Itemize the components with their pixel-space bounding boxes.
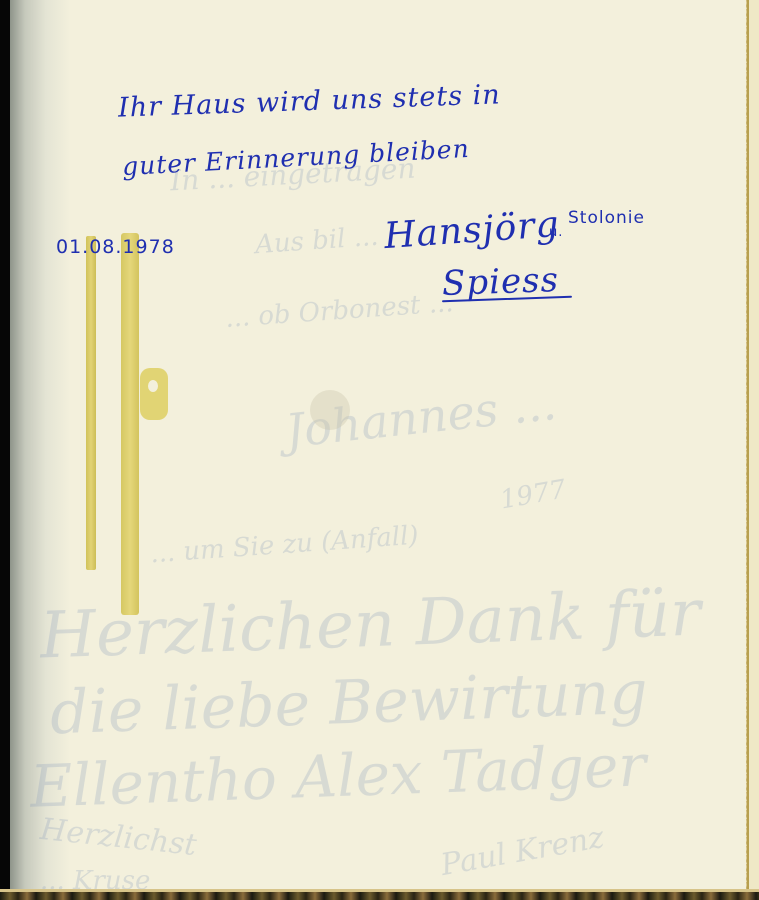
tape-residue-blob xyxy=(140,368,168,420)
tape-residue-stripe xyxy=(86,236,96,570)
scan-bottom-border xyxy=(0,892,759,900)
entry-date: 01.08.1978 xyxy=(56,236,175,258)
book-binding xyxy=(0,0,10,900)
guestbook-page: In ... eingetragen Aus bil ... ... ob Or… xyxy=(0,0,759,900)
tape-residue-stripe xyxy=(121,233,139,615)
show-through-text: die liebe Bewirtung xyxy=(49,658,649,749)
tape-residue-gap xyxy=(148,380,158,392)
signature-extra: Stolonie xyxy=(568,208,645,228)
gutter-shadow xyxy=(10,0,70,900)
show-through-text: 1977 xyxy=(498,474,568,515)
show-through-text: Paul Krenz xyxy=(438,820,606,883)
show-through-text: Aus bil ... xyxy=(254,222,379,261)
show-through-text: Ellentho Alex Tadger xyxy=(29,731,647,820)
page-right-edge xyxy=(747,0,759,900)
message-line-1: Ihr Haus wird uns stets in xyxy=(118,79,502,123)
signature-first-name: Hansjörg xyxy=(383,204,561,257)
show-through-text: ... ob Orbonest ... xyxy=(224,288,454,334)
show-through-text: ... um Sie zu (Anfall) xyxy=(149,521,419,570)
signature-connector: u. xyxy=(549,225,563,240)
message-line-2: guter Erinnerung bleiben xyxy=(121,134,470,181)
paper-smudge xyxy=(310,390,350,430)
